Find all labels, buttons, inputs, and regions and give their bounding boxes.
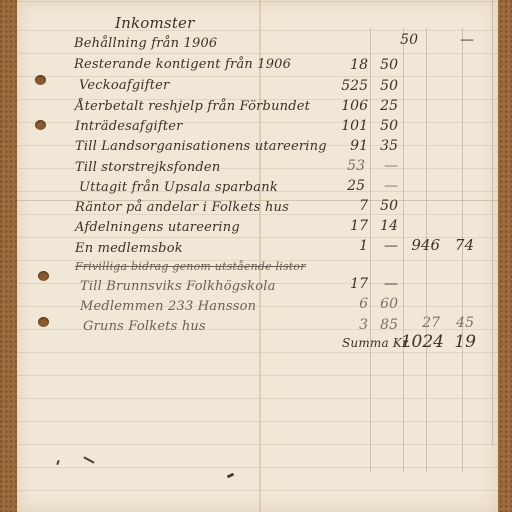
amount-ore: 50: [380, 78, 398, 94]
amount-ore: 50: [380, 198, 398, 214]
amount-ore: 85: [380, 317, 398, 333]
amount-kronor: 525: [341, 78, 368, 94]
binder-hole: [35, 75, 46, 85]
ledger-heading: Inkomster: [115, 14, 195, 32]
total-kronor: 50: [400, 32, 418, 48]
entry-label: Gruns Folkets hus: [83, 319, 206, 334]
entry-label: Återbetalt reshjelp från Förbundet: [75, 99, 310, 114]
amount-kronor: 18: [350, 57, 368, 73]
binder-hole: [35, 120, 46, 130]
amount-ore: 50: [380, 118, 398, 134]
amount-ore: 60: [380, 296, 398, 312]
sum-kronor: 1024: [401, 332, 444, 352]
amount-kronor: 101: [341, 118, 368, 134]
entry-label: Resterande kontigent från 1906: [74, 57, 291, 72]
amount-kronor: 6: [359, 296, 368, 312]
binder-hole: [38, 317, 49, 327]
amount-ore: 35: [380, 138, 398, 154]
entry-label-struck: Frivilliga bidrag genom utstående listor: [75, 260, 306, 273]
column-rule: [403, 28, 404, 473]
amount-kronor: 1: [359, 238, 368, 254]
fold-line-vertical: [259, 0, 261, 512]
entry-label: Medlemmen 233 Hansson: [80, 299, 256, 314]
entry-label: Till storstrejksfonden: [75, 160, 220, 175]
amount-kronor: 25: [347, 178, 365, 194]
entry-label: Till Landsorganisationens utareering: [75, 139, 327, 154]
sum-ore: 19: [454, 332, 476, 352]
entry-label: Behållning från 1906: [74, 36, 217, 51]
amount-ore: 25: [380, 98, 398, 114]
amount-kronor: 91: [350, 138, 368, 154]
entry-label: Uttagit från Upsala sparbank: [79, 180, 278, 195]
amount-kronor: 7: [359, 198, 368, 214]
ink-speck: [83, 456, 95, 463]
amount-ore: —: [384, 276, 398, 292]
total-kronor: 946: [411, 236, 440, 254]
amount-ore: 14: [380, 218, 398, 234]
amount-ore: —: [384, 158, 398, 174]
entry-label: Inträdesafgifter: [75, 119, 183, 134]
entry-label: Räntor på andelar i Folkets hus: [75, 200, 289, 215]
entry-label: Afdelningens utareering: [75, 220, 240, 235]
entry-label: Till Brunnsviks Folkhögskola: [80, 279, 276, 294]
entry-label: Veckoafgifter: [79, 78, 169, 93]
amount-kronor: 106: [341, 98, 368, 114]
entry-label: En medlemsbok: [75, 241, 183, 256]
amount-kronor: 53: [347, 158, 365, 174]
total-ore: —: [460, 32, 474, 48]
amount-ore: —: [384, 238, 398, 254]
column-rule: [370, 28, 371, 473]
amount-kronor: 17: [350, 276, 368, 292]
amount-kronor: 17: [350, 218, 368, 234]
binder-hole: [38, 271, 49, 281]
ink-speck: [227, 473, 235, 479]
total-ore: 74: [455, 236, 474, 254]
amount-kronor: 3: [359, 317, 368, 333]
total-kronor: 27: [422, 315, 440, 331]
ledger-page: Inkomster Behållning från 1906 Resterand…: [17, 0, 498, 512]
total-ore: 45: [456, 315, 474, 331]
amount-ore: 50: [380, 57, 398, 73]
ink-speck: [56, 460, 60, 465]
column-rule: [492, 0, 493, 445]
amount-ore: —: [384, 178, 398, 194]
